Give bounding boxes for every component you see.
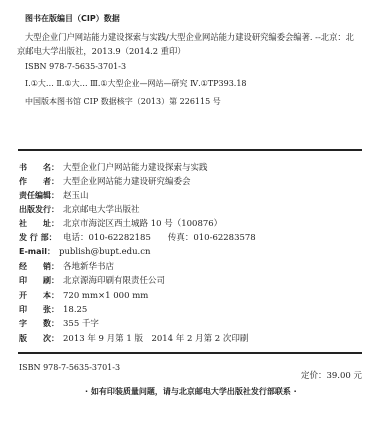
cip-classification: Ⅰ.①大… Ⅱ.①大… Ⅲ.①大型企业—网站—研究 Ⅳ.①TP393.18 [25, 78, 247, 89]
colophon-row: 出版发行：北京邮电大学出版社 [19, 204, 140, 216]
cip-number: 中国版本图书馆 CIP 数据核字（2013）第 226115 号 [25, 96, 221, 107]
cip-line1: 大型企业门户网站能力建设探索与实践/大型企业网站能力建设研究编委会编著. --北… [25, 32, 354, 43]
bottom-divider [18, 352, 362, 354]
colophon-row: 责任编辑：赵玉山 [19, 190, 89, 202]
colophon-row: 印 刷：北京源海印刷有限责任公司 [19, 275, 165, 287]
colophon-row: 社 址：北京市海淀区西土城路 10 号（100876） [19, 218, 222, 230]
top-divider [18, 149, 362, 151]
cip-line2: 京邮电大学出版社，2013.9（2014.2 重印） [17, 46, 186, 57]
colophon-row: 字 数：355 千字 [19, 318, 99, 330]
colophon-row: 发 行 部：电话：010-62282185 传真：010-62283578 [19, 232, 256, 244]
price: 定价：39.00 元 [301, 371, 362, 382]
quality-notice: · 如有印装质量问题，请与北京邮电大学出版社发行部联系 · [85, 386, 297, 397]
colophon-row: 版 次：2013 年 9 月第 1 版 2014 年 2 月第 2 次印刷 [19, 333, 248, 345]
footer-isbn: ISBN 978-7-5635-3701-3 [19, 362, 120, 373]
cip-heading: 图书在版编目（CIP）数据 [25, 13, 120, 24]
colophon-row: 印 张：18.25 [19, 304, 87, 316]
colophon-row: 书 名：大型企业门户网站能力建设探索与实践 [19, 162, 208, 174]
colophon-row: E-mail：publish@bupt.edu.cn [19, 246, 151, 258]
cip-isbn: ISBN 978-7-5635-3701-3 [25, 61, 126, 72]
colophon-row: 开 本：720 mm×1 000 mm [19, 290, 148, 302]
colophon-row: 经 销：各地新华书店 [19, 261, 114, 273]
colophon-row: 作 者：大型企业网站能力建设研究编委会 [19, 176, 191, 188]
